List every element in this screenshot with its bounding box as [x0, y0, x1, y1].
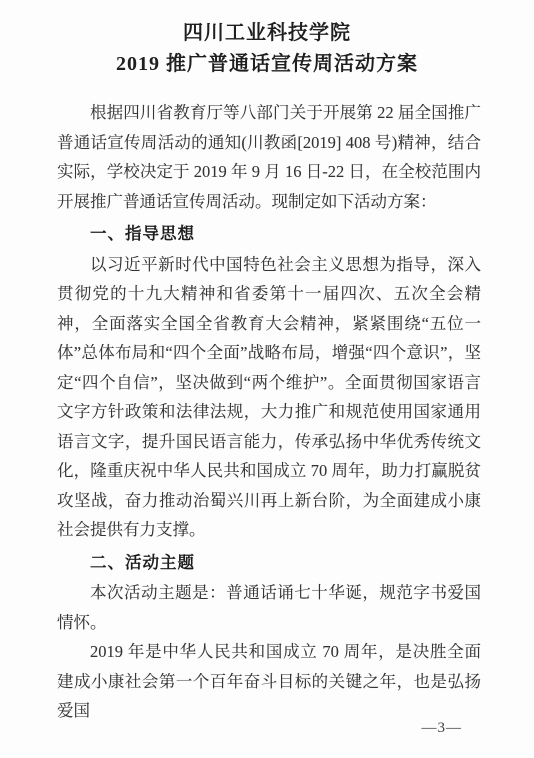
body-paragraph: 2019 年是中华人民共和国成立 70 周年，是决胜全面建成小康社会第一个百年奋… [57, 637, 481, 726]
body-paragraph: 以习近平新时代中国特色社会主义思想为指导，深入贯彻党的十九大精神和省委第十一届四… [57, 250, 481, 545]
document-title-line2: 2019 推广普通话宣传周活动方案 [0, 49, 534, 80]
body-paragraph: 本次活动主题是：普通话诵七十华诞，规范字书爱国情怀。 [57, 578, 481, 637]
page-number: —3— [422, 720, 463, 737]
document-body: 根据四川省教育厅等八部门关于开展第 22 届全国推广普通话宣传周活动的通知(川教… [57, 98, 481, 726]
section-heading: 一、指导思想 [57, 220, 481, 250]
section-heading: 二、活动主题 [57, 549, 481, 579]
document-title-line1: 四川工业科技学院 [0, 18, 534, 49]
body-paragraph: 根据四川省教育厅等八部门关于开展第 22 届全国推广普通话宣传周活动的通知(川教… [57, 98, 481, 216]
document-page: 四川工业科技学院 2019 推广普通话宣传周活动方案 根据四川省教育厅等八部门关… [0, 0, 534, 758]
